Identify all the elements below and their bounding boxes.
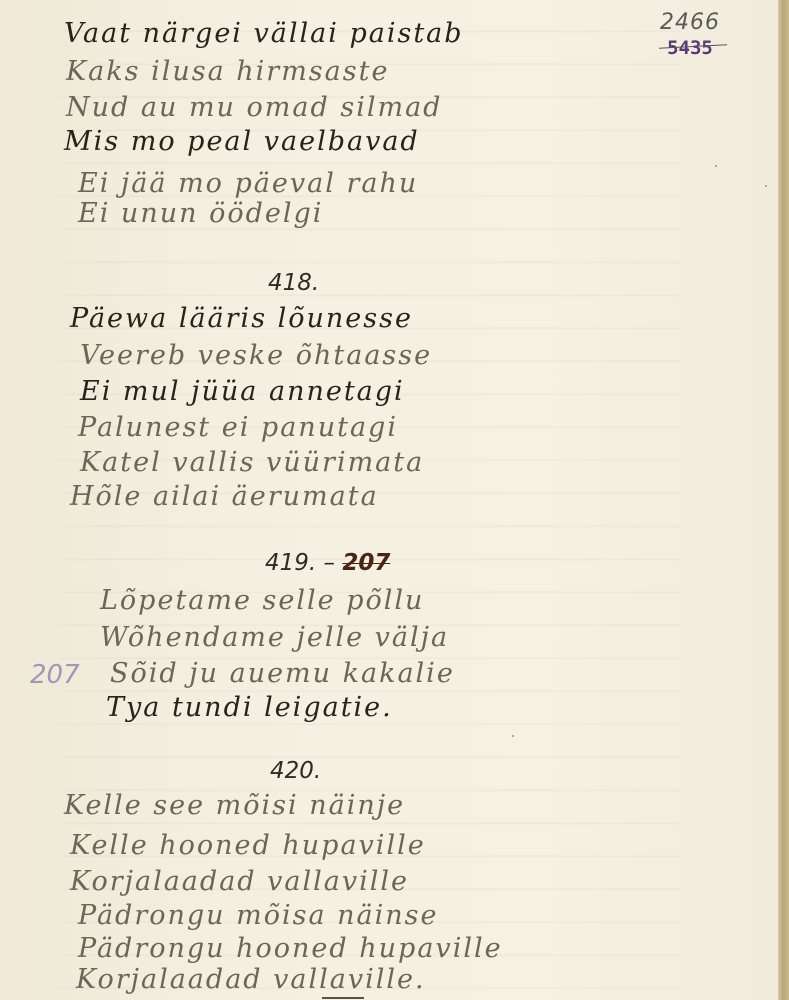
verse-line: Korjalaadad vallaville xyxy=(70,866,409,897)
archive-number-struck: 5435 xyxy=(667,37,713,59)
verse-number: 418. xyxy=(268,270,319,296)
verse-line: Palunest ei panutagi xyxy=(78,412,398,443)
margin-cross-reference-note: 207 xyxy=(30,660,80,690)
verse-line: Korjalaadad vallaville. xyxy=(76,964,426,995)
verse-line: Kaks ilusa hirmsaste xyxy=(66,56,389,87)
verse-line: Ei mul jüüa annetagi xyxy=(80,376,405,407)
verse-line: Sõid ju auemu kakalie xyxy=(110,658,455,689)
archive-number-current: 2466 xyxy=(640,10,740,35)
verse-line: Wõhendame jelle välja xyxy=(100,622,449,653)
paper-speck xyxy=(765,185,767,187)
archive-number-block: 2466 5435 xyxy=(640,10,740,59)
verse-line: Pädrongu hooned hupaville xyxy=(78,933,503,964)
verse-line: Ei unun öödelgi xyxy=(78,198,323,229)
verse-line: Mis mo peal vaelbavad xyxy=(64,126,420,157)
page-edge-binding xyxy=(778,0,789,1000)
verse-line: Kelle hooned hupaville xyxy=(70,830,426,861)
verse-line: Tya tundi leigatie. xyxy=(106,692,393,723)
verse-line: Vaat närgei vällai paistab xyxy=(64,18,464,49)
verse-line: Lõpetame selle põllu xyxy=(100,585,424,616)
paper-speck xyxy=(715,165,717,167)
verse-line: Nud au mu omad silmad xyxy=(66,92,442,123)
verse-line: Veereb veske õhtaasse xyxy=(80,340,432,371)
verse-line: Katel vallis vüürimata xyxy=(80,447,424,478)
verse-line: Päewa lääris lõunesse xyxy=(70,303,413,334)
verse-line: Kelle see mõisi näinje xyxy=(64,790,405,821)
paper-speck xyxy=(512,735,514,737)
verse-cross-reference: 207 xyxy=(342,550,390,576)
verse-number-main: 419. xyxy=(265,550,316,576)
underline-mark xyxy=(322,997,364,999)
verse-number-dash: – xyxy=(324,550,336,576)
verse-number: 419. – 207 xyxy=(265,550,390,576)
verse-number: 420. xyxy=(270,758,321,784)
verse-line: Pädrongu mõisa näinse xyxy=(78,900,439,931)
verse-line: Hõle ailai äerumata xyxy=(70,481,379,512)
manuscript-page: 2466 5435 Vaat närgei vällai paistab Kak… xyxy=(0,0,778,1000)
verse-line: Ei jää mo päeval rahu xyxy=(78,168,418,199)
